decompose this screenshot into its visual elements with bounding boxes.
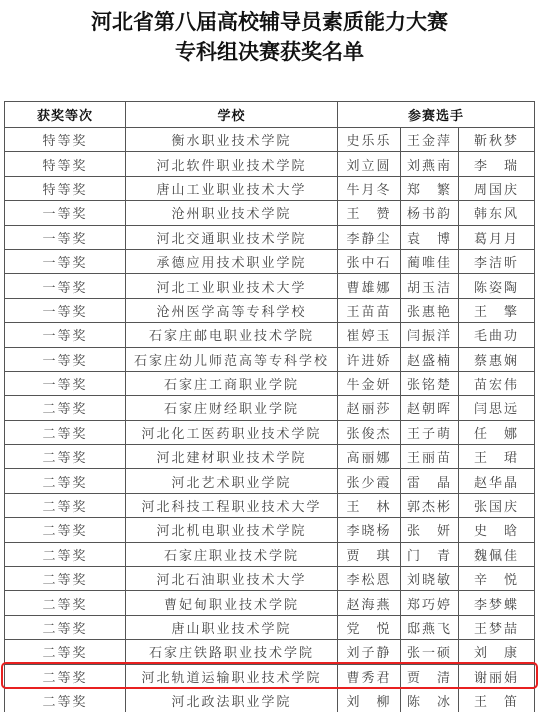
contestant-cell: 张惠艳: [401, 298, 459, 322]
contestant-cell: 许进娇: [338, 347, 401, 371]
award-level-cell: 一等奖: [5, 347, 126, 371]
contestant-cell: 王 林: [338, 493, 401, 517]
award-level-cell: 特等奖: [5, 176, 126, 200]
school-cell: 石家庄铁路职业技术学院: [126, 640, 338, 664]
contestant-cell: 刘立圆: [338, 152, 401, 176]
table-row: 二等奖河北机电职业技术学院李晓杨张 妍史 晗: [5, 518, 535, 542]
contestant-cell: 刘子静: [338, 640, 401, 664]
table-row: 特等奖衡水职业技术学院史乐乐王金萍靳秋梦: [5, 128, 535, 152]
contestant-cell: 史 晗: [459, 518, 535, 542]
school-cell: 唐山工业职业技术大学: [126, 176, 338, 200]
document-title: 河北省第八届高校辅导员素质能力大赛: [0, 6, 539, 36]
table-row: 一等奖石家庄工商职业学院牛金妍张铭楚苗宏伟: [5, 371, 535, 395]
table-row: 二等奖河北科技工程职业技术大学王 林郭杰彬张国庆: [5, 493, 535, 517]
school-cell: 河北工业职业技术大学: [126, 274, 338, 298]
award-level-cell: 特等奖: [5, 128, 126, 152]
contestant-cell: 葛月月: [459, 225, 535, 249]
table-row: 特等奖河北软件职业技术学院刘立圆刘燕南李 瑞: [5, 152, 535, 176]
contestant-cell: 杨书韵: [401, 201, 459, 225]
contestant-cell: 赵盛楠: [401, 347, 459, 371]
table-row: 一等奖沧州医学高等专科学校王苗苗张惠艳王 擎: [5, 298, 535, 322]
contestant-cell: 任 娜: [459, 420, 535, 444]
contestant-cell: 陈姿陶: [459, 274, 535, 298]
school-cell: 河北机电职业技术学院: [126, 518, 338, 542]
school-cell: 河北建材职业技术学院: [126, 445, 338, 469]
contestant-cell: 门 青: [401, 542, 459, 566]
table-row: 二等奖石家庄职业技术学院贾 琪门 青魏佩佳: [5, 542, 535, 566]
contestant-cell: 蔺唯佳: [401, 249, 459, 273]
contestant-cell: 陈 冰: [401, 688, 459, 712]
contestant-cell: 刘 柳: [338, 688, 401, 712]
document-subtitle: 专科组决赛获奖名单: [0, 36, 539, 66]
contestant-cell: 贾 琪: [338, 542, 401, 566]
header-award-level: 获奖等次: [5, 102, 126, 128]
award-level-cell: 二等奖: [5, 396, 126, 420]
contestant-cell: 曹秀君: [338, 664, 401, 688]
school-cell: 河北石油职业技术大学: [126, 567, 338, 591]
award-level-cell: 二等奖: [5, 664, 126, 688]
school-cell: 曹妃甸职业技术学院: [126, 591, 338, 615]
contestant-cell: 王金萍: [401, 128, 459, 152]
header-school: 学校: [126, 102, 338, 128]
school-cell: 承德应用技术职业学院: [126, 249, 338, 273]
school-cell: 衡水职业技术学院: [126, 128, 338, 152]
contestant-cell: 史乐乐: [338, 128, 401, 152]
award-level-cell: 特等奖: [5, 152, 126, 176]
contestant-cell: 曹雄娜: [338, 274, 401, 298]
school-cell: 河北软件职业技术学院: [126, 152, 338, 176]
school-cell: 沧州医学高等专科学校: [126, 298, 338, 322]
table-row: 二等奖河北建材职业技术学院高丽娜王丽苗王 珺: [5, 445, 535, 469]
school-cell: 石家庄邮电职业技术学院: [126, 323, 338, 347]
school-cell: 河北轨道运输职业技术学院: [126, 664, 338, 688]
contestant-cell: 蔡惠娴: [459, 347, 535, 371]
contestant-cell: 赵华晶: [459, 469, 535, 493]
table-row: 二等奖曹妃甸职业技术学院赵海燕郑巧婷李梦蝶: [5, 591, 535, 615]
contestant-cell: 王梦喆: [459, 615, 535, 639]
contestant-cell: 胡玉洁: [401, 274, 459, 298]
contestant-cell: 王子萌: [401, 420, 459, 444]
school-cell: 河北化工医药职业技术学院: [126, 420, 338, 444]
table-header-row: 获奖等次 学校 参赛选手: [5, 102, 535, 128]
award-level-cell: 一等奖: [5, 201, 126, 225]
table-row: 二等奖石家庄财经职业学院赵丽莎赵朝晖闫思远: [5, 396, 535, 420]
school-cell: 河北政法职业学院: [126, 688, 338, 712]
table-row: 二等奖河北艺术职业学院张少霞雷 晶赵华晶: [5, 469, 535, 493]
school-cell: 石家庄职业技术学院: [126, 542, 338, 566]
contestant-cell: 李松恩: [338, 567, 401, 591]
award-level-cell: 二等奖: [5, 567, 126, 591]
contestant-cell: 刘 康: [459, 640, 535, 664]
contestant-cell: 毛曲功: [459, 323, 535, 347]
award-level-cell: 一等奖: [5, 225, 126, 249]
contestant-cell: 王 笛: [459, 688, 535, 712]
contestant-cell: 赵海燕: [338, 591, 401, 615]
contestant-cell: 刘燕南: [401, 152, 459, 176]
contestant-cell: 张 妍: [401, 518, 459, 542]
contestant-cell: 崔婷玉: [338, 323, 401, 347]
table-row: 二等奖石家庄铁路职业技术学院刘子静张一硕刘 康: [5, 640, 535, 664]
award-level-cell: 二等奖: [5, 591, 126, 615]
table-row: 一等奖承德应用技术职业学院张中石蔺唯佳李洁昕: [5, 249, 535, 273]
award-level-cell: 二等奖: [5, 615, 126, 639]
table-row: 特等奖唐山工业职业技术大学牛月冬郑 繁周国庆: [5, 176, 535, 200]
school-cell: 石家庄财经职业学院: [126, 396, 338, 420]
contestant-cell: 张国庆: [459, 493, 535, 517]
school-cell: 河北科技工程职业技术大学: [126, 493, 338, 517]
award-level-cell: 一等奖: [5, 249, 126, 273]
award-level-cell: 一等奖: [5, 371, 126, 395]
contestant-cell: 牛月冬: [338, 176, 401, 200]
award-level-cell: 一等奖: [5, 274, 126, 298]
contestant-cell: 靳秋梦: [459, 128, 535, 152]
table-row: 二等奖唐山职业技术学院党 悦邸燕飞王梦喆: [5, 615, 535, 639]
table-row: 一等奖河北交通职业技术学院李静尘袁 博葛月月: [5, 225, 535, 249]
award-level-cell: 二等奖: [5, 640, 126, 664]
contestant-cell: 邸燕飞: [401, 615, 459, 639]
school-cell: 沧州职业技术学院: [126, 201, 338, 225]
contestant-cell: 郑 繁: [401, 176, 459, 200]
contestant-cell: 辛 悦: [459, 567, 535, 591]
school-cell: 河北交通职业技术学院: [126, 225, 338, 249]
table-row: 二等奖河北石油职业技术大学李松恩刘晓敏辛 悦: [5, 567, 535, 591]
contestant-cell: 郑巧婷: [401, 591, 459, 615]
award-level-cell: 二等奖: [5, 469, 126, 493]
award-level-cell: 一等奖: [5, 323, 126, 347]
contestant-cell: 王苗苗: [338, 298, 401, 322]
contestant-cell: 袁 博: [401, 225, 459, 249]
award-level-cell: 二等奖: [5, 542, 126, 566]
award-level-cell: 二等奖: [5, 493, 126, 517]
award-level-cell: 二等奖: [5, 420, 126, 444]
contestant-cell: 李静尘: [338, 225, 401, 249]
contestant-cell: 韩东风: [459, 201, 535, 225]
table-row: 一等奖石家庄幼儿师范高等专科学校许进娇赵盛楠蔡惠娴: [5, 347, 535, 371]
table-row: 一等奖石家庄邮电职业技术学院崔婷玉闫振洋毛曲功: [5, 323, 535, 347]
award-level-cell: 二等奖: [5, 518, 126, 542]
contestant-cell: 王 擎: [459, 298, 535, 322]
contestant-cell: 党 悦: [338, 615, 401, 639]
contestant-cell: 刘晓敏: [401, 567, 459, 591]
contestant-cell: 李梦蝶: [459, 591, 535, 615]
contestant-cell: 张铭楚: [401, 371, 459, 395]
contestant-cell: 高丽娜: [338, 445, 401, 469]
contestant-cell: 赵朝晖: [401, 396, 459, 420]
contestant-cell: 魏佩佳: [459, 542, 535, 566]
contestant-cell: 闫思远: [459, 396, 535, 420]
school-cell: 河北艺术职业学院: [126, 469, 338, 493]
school-cell: 石家庄幼儿师范高等专科学校: [126, 347, 338, 371]
table-row: 二等奖河北化工医药职业技术学院张俊杰王子萌任 娜: [5, 420, 535, 444]
contestant-cell: 张少霞: [338, 469, 401, 493]
table-row: 二等奖河北轨道运输职业技术学院曹秀君贾 清谢丽娟: [5, 664, 535, 688]
contestant-cell: 李洁昕: [459, 249, 535, 273]
contestant-cell: 周国庆: [459, 176, 535, 200]
contestant-cell: 闫振洋: [401, 323, 459, 347]
table-row: 一等奖沧州职业技术学院王 赞杨书韵韩东风: [5, 201, 535, 225]
table-row: 二等奖河北政法职业学院刘 柳陈 冰王 笛: [5, 688, 535, 712]
contestant-cell: 王 珺: [459, 445, 535, 469]
award-level-cell: 一等奖: [5, 298, 126, 322]
contestant-cell: 张一硕: [401, 640, 459, 664]
contestant-cell: 郭杰彬: [401, 493, 459, 517]
school-cell: 唐山职业技术学院: [126, 615, 338, 639]
table-row: 一等奖河北工业职业技术大学曹雄娜胡玉洁陈姿陶: [5, 274, 535, 298]
contestant-cell: 张中石: [338, 249, 401, 273]
awards-table: 获奖等次 学校 参赛选手 特等奖衡水职业技术学院史乐乐王金萍靳秋梦特等奖河北软件…: [4, 101, 535, 712]
contestant-cell: 牛金妍: [338, 371, 401, 395]
contestant-cell: 王丽苗: [401, 445, 459, 469]
contestant-cell: 李晓杨: [338, 518, 401, 542]
contestant-cell: 王 赞: [338, 201, 401, 225]
header-contestants: 参赛选手: [338, 102, 535, 128]
contestant-cell: 李 瑞: [459, 152, 535, 176]
award-level-cell: 二等奖: [5, 688, 126, 712]
award-level-cell: 二等奖: [5, 445, 126, 469]
contestant-cell: 张俊杰: [338, 420, 401, 444]
contestant-cell: 赵丽莎: [338, 396, 401, 420]
school-cell: 石家庄工商职业学院: [126, 371, 338, 395]
contestant-cell: 谢丽娟: [459, 664, 535, 688]
contestant-cell: 贾 清: [401, 664, 459, 688]
contestant-cell: 雷 晶: [401, 469, 459, 493]
contestant-cell: 苗宏伟: [459, 371, 535, 395]
